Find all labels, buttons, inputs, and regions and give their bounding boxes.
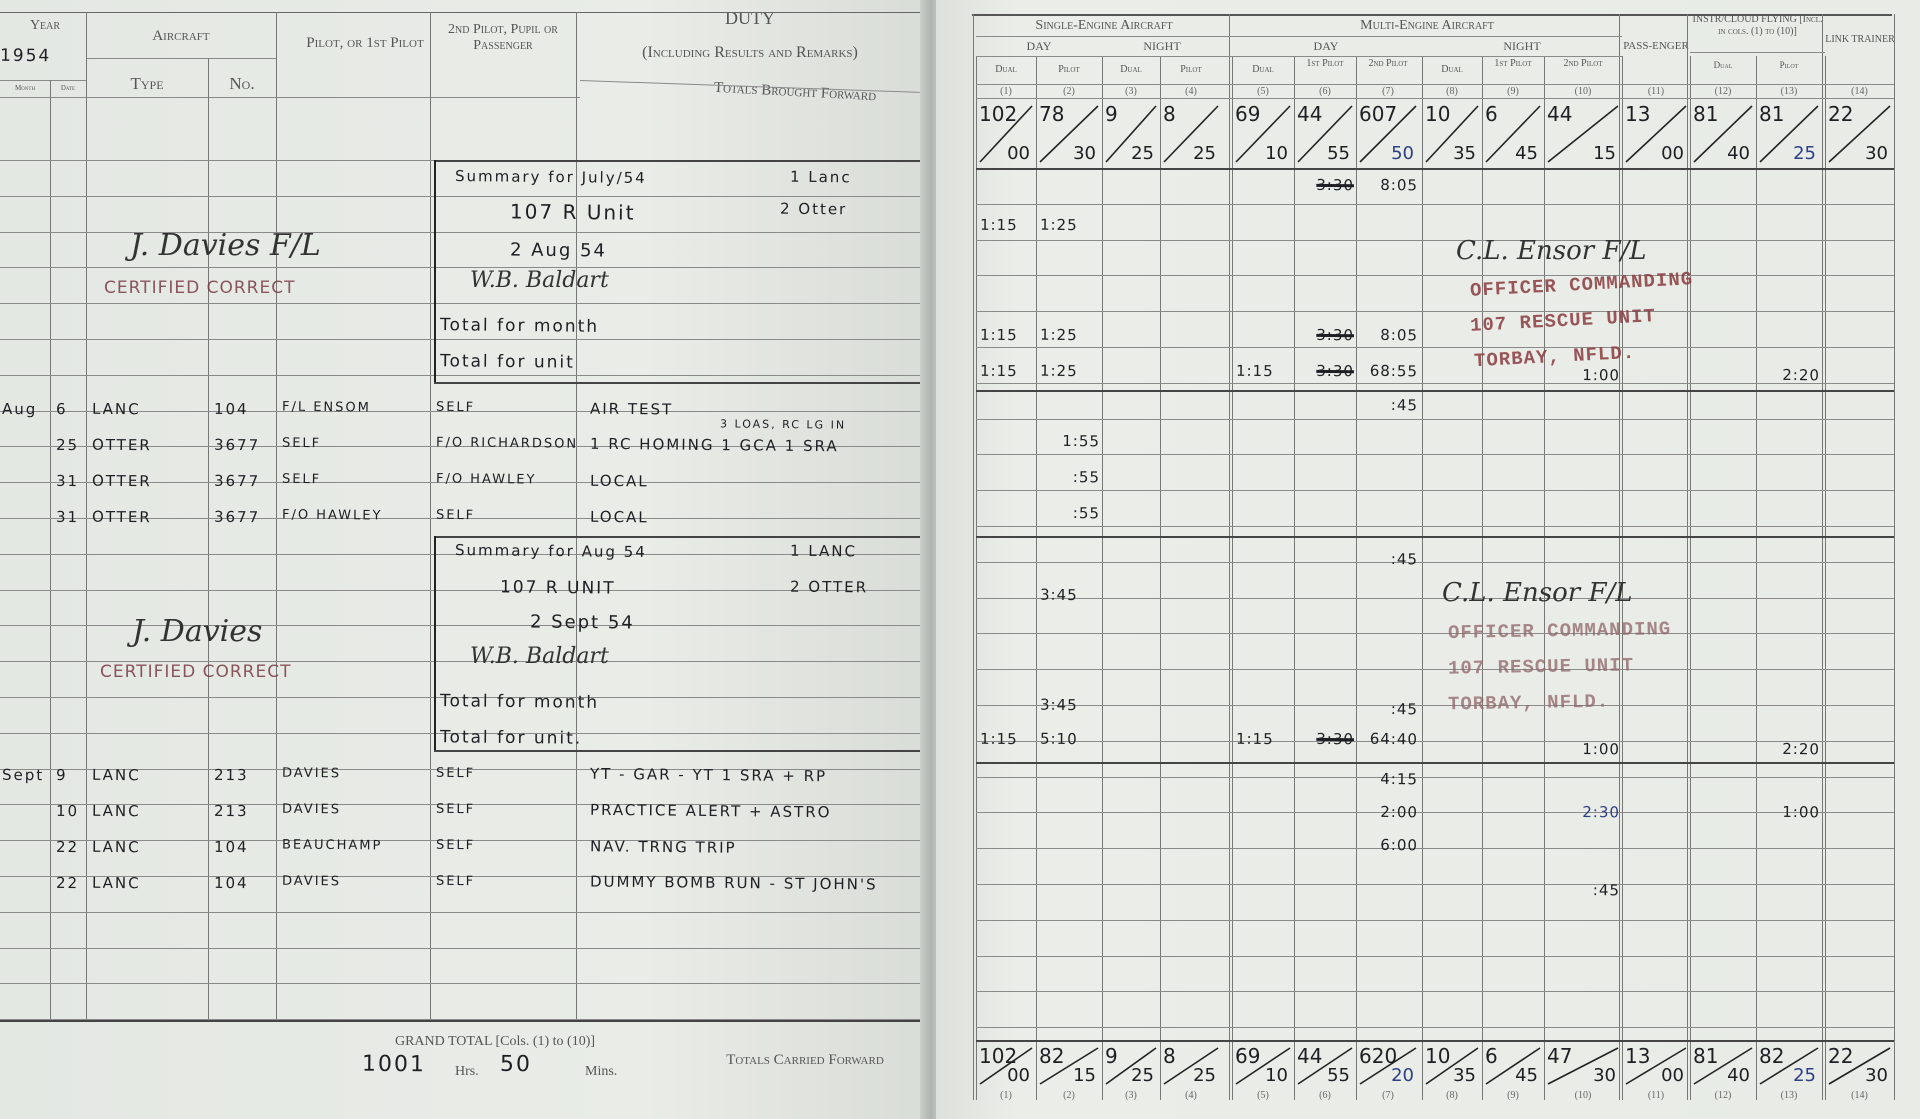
log-entry-row: Sept9LANC213DAVIESSELFYT - GAR - YT 1 SR… bbox=[0, 762, 920, 796]
hours-minutes-cell: 4455 bbox=[1294, 1042, 1356, 1088]
flight-time-cell: 3:30 bbox=[1298, 326, 1354, 345]
col-subheader: Dual bbox=[976, 64, 1036, 76]
col-subheader: 2nd Pilot bbox=[1356, 58, 1420, 70]
column-number: (1) bbox=[976, 86, 1036, 97]
hours-value: 44 bbox=[1297, 102, 1322, 126]
flight-time-cell: 1:00 bbox=[1548, 366, 1620, 385]
col-subheader: Pilot bbox=[1036, 64, 1102, 76]
oc-signature-1: C.L. Ensor F/L bbox=[1456, 236, 1647, 266]
minutes-value: 55 bbox=[1327, 143, 1350, 164]
entry-second: SELF bbox=[436, 874, 475, 889]
flight-time-cell: 6:00 bbox=[1360, 836, 1418, 855]
flight-time-cell: :55 bbox=[1040, 504, 1100, 523]
entry-duty: LOCAL bbox=[590, 472, 649, 491]
hours-value: 8 bbox=[1163, 1044, 1176, 1068]
hours-value: 82 bbox=[1039, 1044, 1064, 1068]
column-number: (2) bbox=[1036, 86, 1102, 97]
oc-signature-2: C.L. Ensor F/L bbox=[1442, 578, 1633, 608]
flight-time-cell: 5:10 bbox=[1040, 730, 1100, 749]
flight-time-cell: 3:30 bbox=[1298, 730, 1354, 749]
hours-value: 78 bbox=[1039, 102, 1064, 126]
entry-duty: PRACTICE ALERT + ASTRO bbox=[590, 801, 832, 822]
column-number: (12) bbox=[1690, 86, 1756, 97]
hours-value: 69 bbox=[1235, 102, 1260, 126]
column-number-footer: (9) bbox=[1482, 1090, 1544, 1101]
col-subheader: 1st Pilot bbox=[1482, 58, 1544, 70]
entry-type: LANC bbox=[92, 766, 141, 785]
aircraft-header: Aircraft bbox=[86, 28, 276, 45]
hours-value: 13 bbox=[1625, 102, 1650, 126]
entry-second: SELF bbox=[436, 508, 475, 523]
entry-duty: AIR TEST bbox=[590, 400, 673, 419]
certified-correct-stamp-2: CERTIFIED CORRECT bbox=[100, 662, 291, 682]
minutes-value: 25 bbox=[1793, 143, 1816, 164]
column-number: (6) bbox=[1294, 86, 1356, 97]
flight-time-cell: 1:00 bbox=[1760, 803, 1820, 822]
hours-value: 22 bbox=[1828, 102, 1853, 126]
hours-value: 6 bbox=[1485, 1044, 1498, 1068]
passenger-header: PASS-ENGER bbox=[1622, 40, 1690, 53]
july-summary-line1: Summary for July/54 bbox=[455, 167, 647, 187]
hours-minutes-cell: 4415 bbox=[1544, 100, 1622, 166]
minutes-value: 25 bbox=[1193, 1065, 1216, 1086]
hours-minutes-cell: 7830 bbox=[1036, 100, 1102, 166]
oc-stamp-2-line2: 107 RESCUE UNIT bbox=[1448, 654, 1634, 679]
certified-correct-stamp-1: CERTIFIED CORRECT bbox=[104, 278, 295, 298]
entry-type: LANC bbox=[92, 874, 141, 893]
hours-value: 607 bbox=[1359, 102, 1397, 126]
july-total-unit: Total for unit bbox=[440, 351, 575, 372]
hours-value: 81 bbox=[1759, 102, 1784, 126]
aug-summary-line3: 2 Sept 54 bbox=[530, 611, 635, 633]
entry-type: OTTER bbox=[92, 508, 152, 527]
flight-time-cell: 2:20 bbox=[1760, 740, 1820, 759]
flight-time-cell: :45 bbox=[1360, 396, 1418, 415]
minutes-value: 30 bbox=[1073, 143, 1096, 164]
aug-summary-line2: 107 R UNIT bbox=[500, 577, 616, 598]
hours-minutes-cell: 8125 bbox=[1756, 100, 1822, 166]
hours-value: 8 bbox=[1163, 102, 1176, 126]
entry-pilot: F/O HAWLEY bbox=[282, 507, 383, 523]
entry-no: 104 bbox=[214, 400, 249, 418]
entry-pilot: DAVIES bbox=[282, 874, 341, 890]
column-number: (8) bbox=[1422, 86, 1482, 97]
column-number-footer: (6) bbox=[1294, 1090, 1356, 1101]
minutes-value: 00 bbox=[1007, 1065, 1030, 1086]
oc-stamp-2-line1: OFFICER COMMANDING bbox=[1448, 618, 1672, 644]
minutes-value: 50 bbox=[1391, 143, 1414, 164]
hours-minutes-cell: 8215 bbox=[1036, 1042, 1102, 1088]
hours-minutes-cell: 10200 bbox=[976, 1042, 1036, 1088]
link-trainer-header: LINK TRAINER bbox=[1825, 34, 1895, 46]
column-number: (11) bbox=[1622, 86, 1690, 97]
aug-summary-line1-right: 1 LANC bbox=[790, 542, 857, 561]
flight-time-cell: 8:05 bbox=[1360, 176, 1418, 195]
flight-time-cell: 2:20 bbox=[1760, 366, 1820, 385]
minutes-value: 30 bbox=[1865, 143, 1888, 164]
hours-value: 102 bbox=[979, 102, 1017, 126]
minutes-value: 45 bbox=[1515, 1065, 1538, 1086]
flight-time-cell: 1:15 bbox=[980, 362, 1034, 381]
grand-total-mins-label: Mins. bbox=[585, 1064, 617, 1080]
entry-month: Aug bbox=[2, 400, 37, 418]
minutes-value: 55 bbox=[1327, 1065, 1350, 1086]
hours-value: 44 bbox=[1547, 102, 1572, 126]
hours-minutes-cell: 825 bbox=[1160, 100, 1222, 166]
type-header: Type bbox=[86, 74, 208, 94]
entry-no: 3677 bbox=[214, 436, 260, 454]
hours-minutes-cell: 8140 bbox=[1690, 1042, 1756, 1088]
hours-minutes-cell: 2230 bbox=[1825, 100, 1894, 166]
entry-pilot: DAVIES bbox=[282, 802, 341, 818]
hours-minutes-cell: 825 bbox=[1160, 1042, 1222, 1088]
log-entry-row: 31OTTER3677SELFF/O HAWLEYLOCAL bbox=[0, 468, 920, 502]
hours-value: 47 bbox=[1547, 1044, 1572, 1068]
grand-total-label: GRAND TOTAL [Cols. (1) to (10)] bbox=[360, 1034, 630, 1050]
column-number-footer: (7) bbox=[1356, 1090, 1420, 1101]
multi-engine-header: Multi-Engine Aircraft bbox=[1232, 18, 1622, 34]
minutes-value: 00 bbox=[1661, 1065, 1684, 1086]
instr-pilot-header: Pilot bbox=[1756, 60, 1822, 70]
log-entry-row: 31OTTER3677F/O HAWLEYSELFLOCAL bbox=[0, 504, 920, 538]
hours-minutes-cell: 2230 bbox=[1825, 1042, 1894, 1088]
entry-no: 213 bbox=[214, 766, 249, 784]
hours-minutes-cell: 1035 bbox=[1422, 1042, 1482, 1088]
totals-carried-forward-label: Totals Carried Forward bbox=[690, 1052, 920, 1069]
hours-value: 10 bbox=[1425, 102, 1450, 126]
flight-time-cell: 64:40 bbox=[1360, 730, 1418, 749]
entry-pilot: BEAUCHAMP bbox=[282, 837, 382, 853]
col-subheader: Dual bbox=[1422, 64, 1482, 76]
minutes-value: 40 bbox=[1727, 143, 1750, 164]
flight-time-cell: 1:00 bbox=[1548, 740, 1620, 759]
col-subheader: Pilot bbox=[1160, 64, 1222, 76]
column-number-footer: (2) bbox=[1036, 1090, 1102, 1101]
instr-cloud-header: INSTR/CLOUD FLYING [Incl. in cols. (1) t… bbox=[1690, 14, 1825, 37]
aug-summary-signature: W.B. Baldart bbox=[470, 644, 609, 669]
minutes-value: 00 bbox=[1007, 143, 1030, 164]
grand-total-minutes: 50 bbox=[500, 1052, 532, 1077]
duty-subheader: (Including Results and Remarks) bbox=[580, 44, 920, 62]
column-number-footer: (8) bbox=[1422, 1090, 1482, 1101]
hours-value: 81 bbox=[1693, 1044, 1718, 1068]
hours-value: 10 bbox=[1425, 1044, 1450, 1068]
hours-minutes-cell: 6910 bbox=[1232, 100, 1294, 166]
entry-no: 213 bbox=[214, 802, 249, 820]
entry-no: 104 bbox=[214, 874, 249, 892]
month-header: Month bbox=[0, 84, 50, 92]
entry-date: 22 bbox=[56, 874, 79, 892]
hours-minutes-cell: 4455 bbox=[1294, 100, 1356, 166]
hours-minutes-cell: 8140 bbox=[1690, 100, 1756, 166]
flight-time-cell: 1:15 bbox=[980, 326, 1034, 345]
column-number: (9) bbox=[1482, 86, 1544, 97]
entry-duty: DUMMY BOMB RUN - ST JOHN'S bbox=[590, 872, 878, 893]
instr-dual-header: Dual bbox=[1690, 60, 1756, 70]
log-entry-row: 22LANC104DAVIESSELFDUMMY BOMB RUN - ST J… bbox=[0, 870, 920, 904]
totals-brought-forward-label: Totals Brought Forward bbox=[680, 78, 911, 107]
flight-time-cell: 3:45 bbox=[1040, 696, 1100, 715]
me-night-header: NIGHT bbox=[1422, 40, 1622, 54]
minutes-value: 10 bbox=[1265, 143, 1288, 164]
hours-value: 9 bbox=[1105, 1044, 1118, 1068]
entry-duty: YT - GAR - YT 1 SRA + RP bbox=[590, 765, 827, 785]
hours-minutes-cell: 925 bbox=[1102, 1042, 1160, 1088]
second-pilot-header: 2nd Pilot, Pupil or Passenger bbox=[432, 22, 574, 54]
col-subheader: 2nd Pilot bbox=[1544, 58, 1622, 70]
entry-type: OTTER bbox=[92, 472, 152, 491]
flight-time-cell: 1:15 bbox=[980, 730, 1034, 749]
entry-second: SELF bbox=[436, 400, 475, 415]
entry-type: OTTER bbox=[92, 436, 152, 455]
hours-value: 13 bbox=[1625, 1044, 1650, 1068]
log-entry-row: 22LANC104BEAUCHAMPSELFNAV. TRNG TRIP bbox=[0, 834, 920, 868]
hours-minutes-cell: 60750 bbox=[1356, 100, 1420, 166]
minutes-value: 30 bbox=[1593, 1065, 1616, 1086]
hours-minutes-cell: 645 bbox=[1482, 1042, 1544, 1088]
minutes-value: 20 bbox=[1391, 1065, 1414, 1086]
minutes-value: 35 bbox=[1453, 143, 1476, 164]
entry-second: F/O HAWLEY bbox=[436, 471, 537, 487]
hours-minutes-cell: 1300 bbox=[1622, 100, 1690, 166]
entry-pilot: SELF bbox=[282, 472, 321, 487]
entry-duty: 1 RC HOMING 1 GCA 1 SRA bbox=[590, 435, 839, 456]
entry-date: 31 bbox=[56, 472, 79, 490]
minutes-value: 25 bbox=[1793, 1065, 1816, 1086]
column-number-footer: (14) bbox=[1825, 1090, 1894, 1101]
hours-value: 81 bbox=[1693, 102, 1718, 126]
flight-time-cell: 3:45 bbox=[1040, 586, 1100, 605]
flight-time-cell: 2:00 bbox=[1360, 803, 1418, 822]
hours-value: 22 bbox=[1828, 1044, 1853, 1068]
column-number: (13) bbox=[1756, 86, 1822, 97]
flight-time-cell: :55 bbox=[1040, 468, 1100, 487]
entry-duty-note: 3 LOAS, RC LG IN bbox=[720, 417, 846, 431]
col-subheader: Dual bbox=[1232, 64, 1294, 76]
col-subheader: 1st Pilot bbox=[1294, 58, 1356, 70]
minutes-value: 25 bbox=[1193, 143, 1216, 164]
entry-second: F/O RICHARDSON bbox=[436, 435, 578, 451]
column-number: (5) bbox=[1232, 86, 1294, 97]
flight-time-cell: 3:30 bbox=[1298, 362, 1354, 381]
se-night-header: NIGHT bbox=[1102, 40, 1222, 54]
aug-summary-line2-right: 2 OTTER bbox=[790, 578, 868, 597]
hours-minutes-cell: 10200 bbox=[976, 100, 1036, 166]
flight-time-cell: 1:25 bbox=[1040, 326, 1100, 345]
minutes-value: 15 bbox=[1073, 1065, 1096, 1086]
entry-no: 104 bbox=[214, 838, 249, 856]
minutes-value: 15 bbox=[1593, 143, 1616, 164]
minutes-value: 25 bbox=[1131, 143, 1154, 164]
hours-value: 9 bbox=[1105, 102, 1118, 126]
column-number: (14) bbox=[1825, 86, 1894, 97]
minutes-value: 00 bbox=[1661, 143, 1684, 164]
entry-second: SELF bbox=[436, 766, 475, 781]
entry-no: 3677 bbox=[214, 508, 260, 526]
hours-minutes-cell: 6910 bbox=[1232, 1042, 1294, 1088]
certified-signature-1: J. Davies F/L bbox=[130, 228, 321, 263]
entry-duty: LOCAL bbox=[590, 508, 649, 527]
entry-date: 10 bbox=[56, 802, 79, 820]
oc-stamp-1-line2: 107 RESCUE UNIT bbox=[1470, 305, 1657, 337]
column-number-footer: (12) bbox=[1690, 1090, 1756, 1101]
right-page: Single-Engine Aircraft Multi-Engine Airc… bbox=[936, 0, 1920, 1119]
hours-minutes-cell: 1300 bbox=[1622, 1042, 1690, 1088]
aug-total-unit: Total for unit. bbox=[440, 727, 582, 748]
year-header: Year bbox=[10, 18, 80, 34]
entry-second: SELF bbox=[436, 838, 475, 853]
no-header: No. bbox=[208, 74, 276, 94]
flight-time-cell: 4:15 bbox=[1360, 770, 1418, 789]
entry-date: 22 bbox=[56, 838, 79, 856]
entry-pilot: F/L ENSOM bbox=[282, 400, 371, 416]
se-day-header: DAY bbox=[976, 40, 1102, 54]
entry-type: LANC bbox=[92, 802, 141, 821]
column-number-footer: (4) bbox=[1160, 1090, 1222, 1101]
july-total-month: Total for month bbox=[440, 315, 599, 337]
flight-time-cell: 2:30 bbox=[1548, 803, 1620, 822]
flight-time-cell: 1:15 bbox=[1236, 730, 1292, 749]
grand-total-hrs-label: Hrs. bbox=[455, 1064, 479, 1080]
column-number-footer: (11) bbox=[1622, 1090, 1690, 1101]
date-header: Date bbox=[50, 84, 86, 92]
column-number-footer: (5) bbox=[1232, 1090, 1294, 1101]
entry-month: Sept bbox=[2, 766, 44, 784]
flight-time-cell: 1:15 bbox=[1236, 362, 1292, 381]
column-number-footer: (3) bbox=[1102, 1090, 1160, 1101]
flight-time-cell: 3:30 bbox=[1298, 176, 1354, 195]
entry-date: 25 bbox=[56, 436, 79, 454]
hours-value: 82 bbox=[1759, 1044, 1784, 1068]
entry-date: 9 bbox=[56, 766, 68, 784]
left-page: Year 1954 Month Date Aircraft Type No. P… bbox=[0, 0, 926, 1119]
entry-pilot: DAVIES bbox=[282, 766, 341, 782]
entry-second: SELF bbox=[436, 802, 475, 817]
minutes-value: 45 bbox=[1515, 143, 1538, 164]
hours-minutes-cell: 8225 bbox=[1756, 1042, 1822, 1088]
year-value: 1954 bbox=[0, 46, 51, 67]
flight-time-cell: 1:25 bbox=[1040, 216, 1100, 235]
july-summary-line1-right: 1 Lanc bbox=[790, 168, 852, 187]
july-summary-line2-right: 2 Otter bbox=[780, 200, 847, 219]
oc-stamp-1-line1: OFFICER COMMANDING bbox=[1470, 268, 1694, 302]
column-number: (7) bbox=[1356, 86, 1420, 97]
hours-minutes-cell: 4730 bbox=[1544, 1042, 1622, 1088]
aug-total-month: Total for month bbox=[440, 691, 599, 713]
flight-time-cell: 68:55 bbox=[1360, 362, 1418, 381]
oc-stamp-2-line3: TORBAY, NFLD. bbox=[1448, 691, 1610, 716]
july-summary-signature: W.B. Baldart bbox=[470, 268, 609, 293]
hours-value: 44 bbox=[1297, 1044, 1322, 1068]
entry-type: LANC bbox=[92, 400, 141, 419]
column-number-footer: (10) bbox=[1544, 1090, 1622, 1101]
minutes-value: 25 bbox=[1131, 1065, 1154, 1086]
column-number: (4) bbox=[1160, 86, 1222, 97]
single-engine-header: Single-Engine Aircraft bbox=[976, 18, 1232, 34]
entry-no: 3677 bbox=[214, 472, 260, 490]
col-subheader: Dual bbox=[1102, 64, 1160, 76]
column-number: (10) bbox=[1544, 86, 1622, 97]
hours-minutes-cell: 62020 bbox=[1356, 1042, 1420, 1088]
flight-time-cell: :45 bbox=[1360, 700, 1418, 719]
flight-time-cell: 1:15 bbox=[980, 216, 1034, 235]
july-summary-line2: 107 R Unit bbox=[510, 199, 636, 224]
column-number-footer: (1) bbox=[976, 1090, 1036, 1101]
minutes-value: 30 bbox=[1865, 1065, 1888, 1086]
log-entry-row: 25OTTER3677SELFF/O RICHARDSON1 RC HOMING… bbox=[0, 432, 920, 466]
flight-time-cell: :45 bbox=[1360, 550, 1418, 569]
column-number-footer: (13) bbox=[1756, 1090, 1822, 1101]
hours-value: 6 bbox=[1485, 102, 1498, 126]
entry-pilot: SELF bbox=[282, 436, 321, 451]
entry-date: 31 bbox=[56, 508, 79, 526]
grand-total-hours: 1001 bbox=[362, 1052, 426, 1078]
hours-value: 69 bbox=[1235, 1044, 1260, 1068]
entry-date: 6 bbox=[56, 400, 68, 418]
flight-time-cell: 8:05 bbox=[1360, 326, 1418, 345]
minutes-value: 10 bbox=[1265, 1065, 1288, 1086]
minutes-value: 35 bbox=[1453, 1065, 1476, 1086]
flight-time-cell: :45 bbox=[1548, 881, 1620, 900]
flight-time-cell: 1:55 bbox=[1040, 432, 1100, 451]
column-number: (3) bbox=[1102, 86, 1160, 97]
minutes-value: 40 bbox=[1727, 1065, 1750, 1086]
july-summary-line3: 2 Aug 54 bbox=[510, 239, 607, 261]
hours-minutes-cell: 1035 bbox=[1422, 100, 1482, 166]
hours-minutes-cell: 645 bbox=[1482, 100, 1544, 166]
flight-time-cell: 1:25 bbox=[1040, 362, 1100, 381]
entry-type: LANC bbox=[92, 838, 141, 857]
entry-duty: NAV. TRNG TRIP bbox=[590, 837, 737, 857]
aug-summary-line1: Summary for Aug 54 bbox=[455, 541, 647, 561]
hours-minutes-cell: 925 bbox=[1102, 100, 1160, 166]
me-day-header: DAY bbox=[1232, 40, 1420, 54]
pilot-header: Pilot, or 1st Pilot bbox=[300, 35, 430, 52]
log-entry-row: 10LANC213DAVIESSELFPRACTICE ALERT + ASTR… bbox=[0, 798, 920, 832]
certified-signature-2: J. Davies bbox=[132, 614, 262, 649]
